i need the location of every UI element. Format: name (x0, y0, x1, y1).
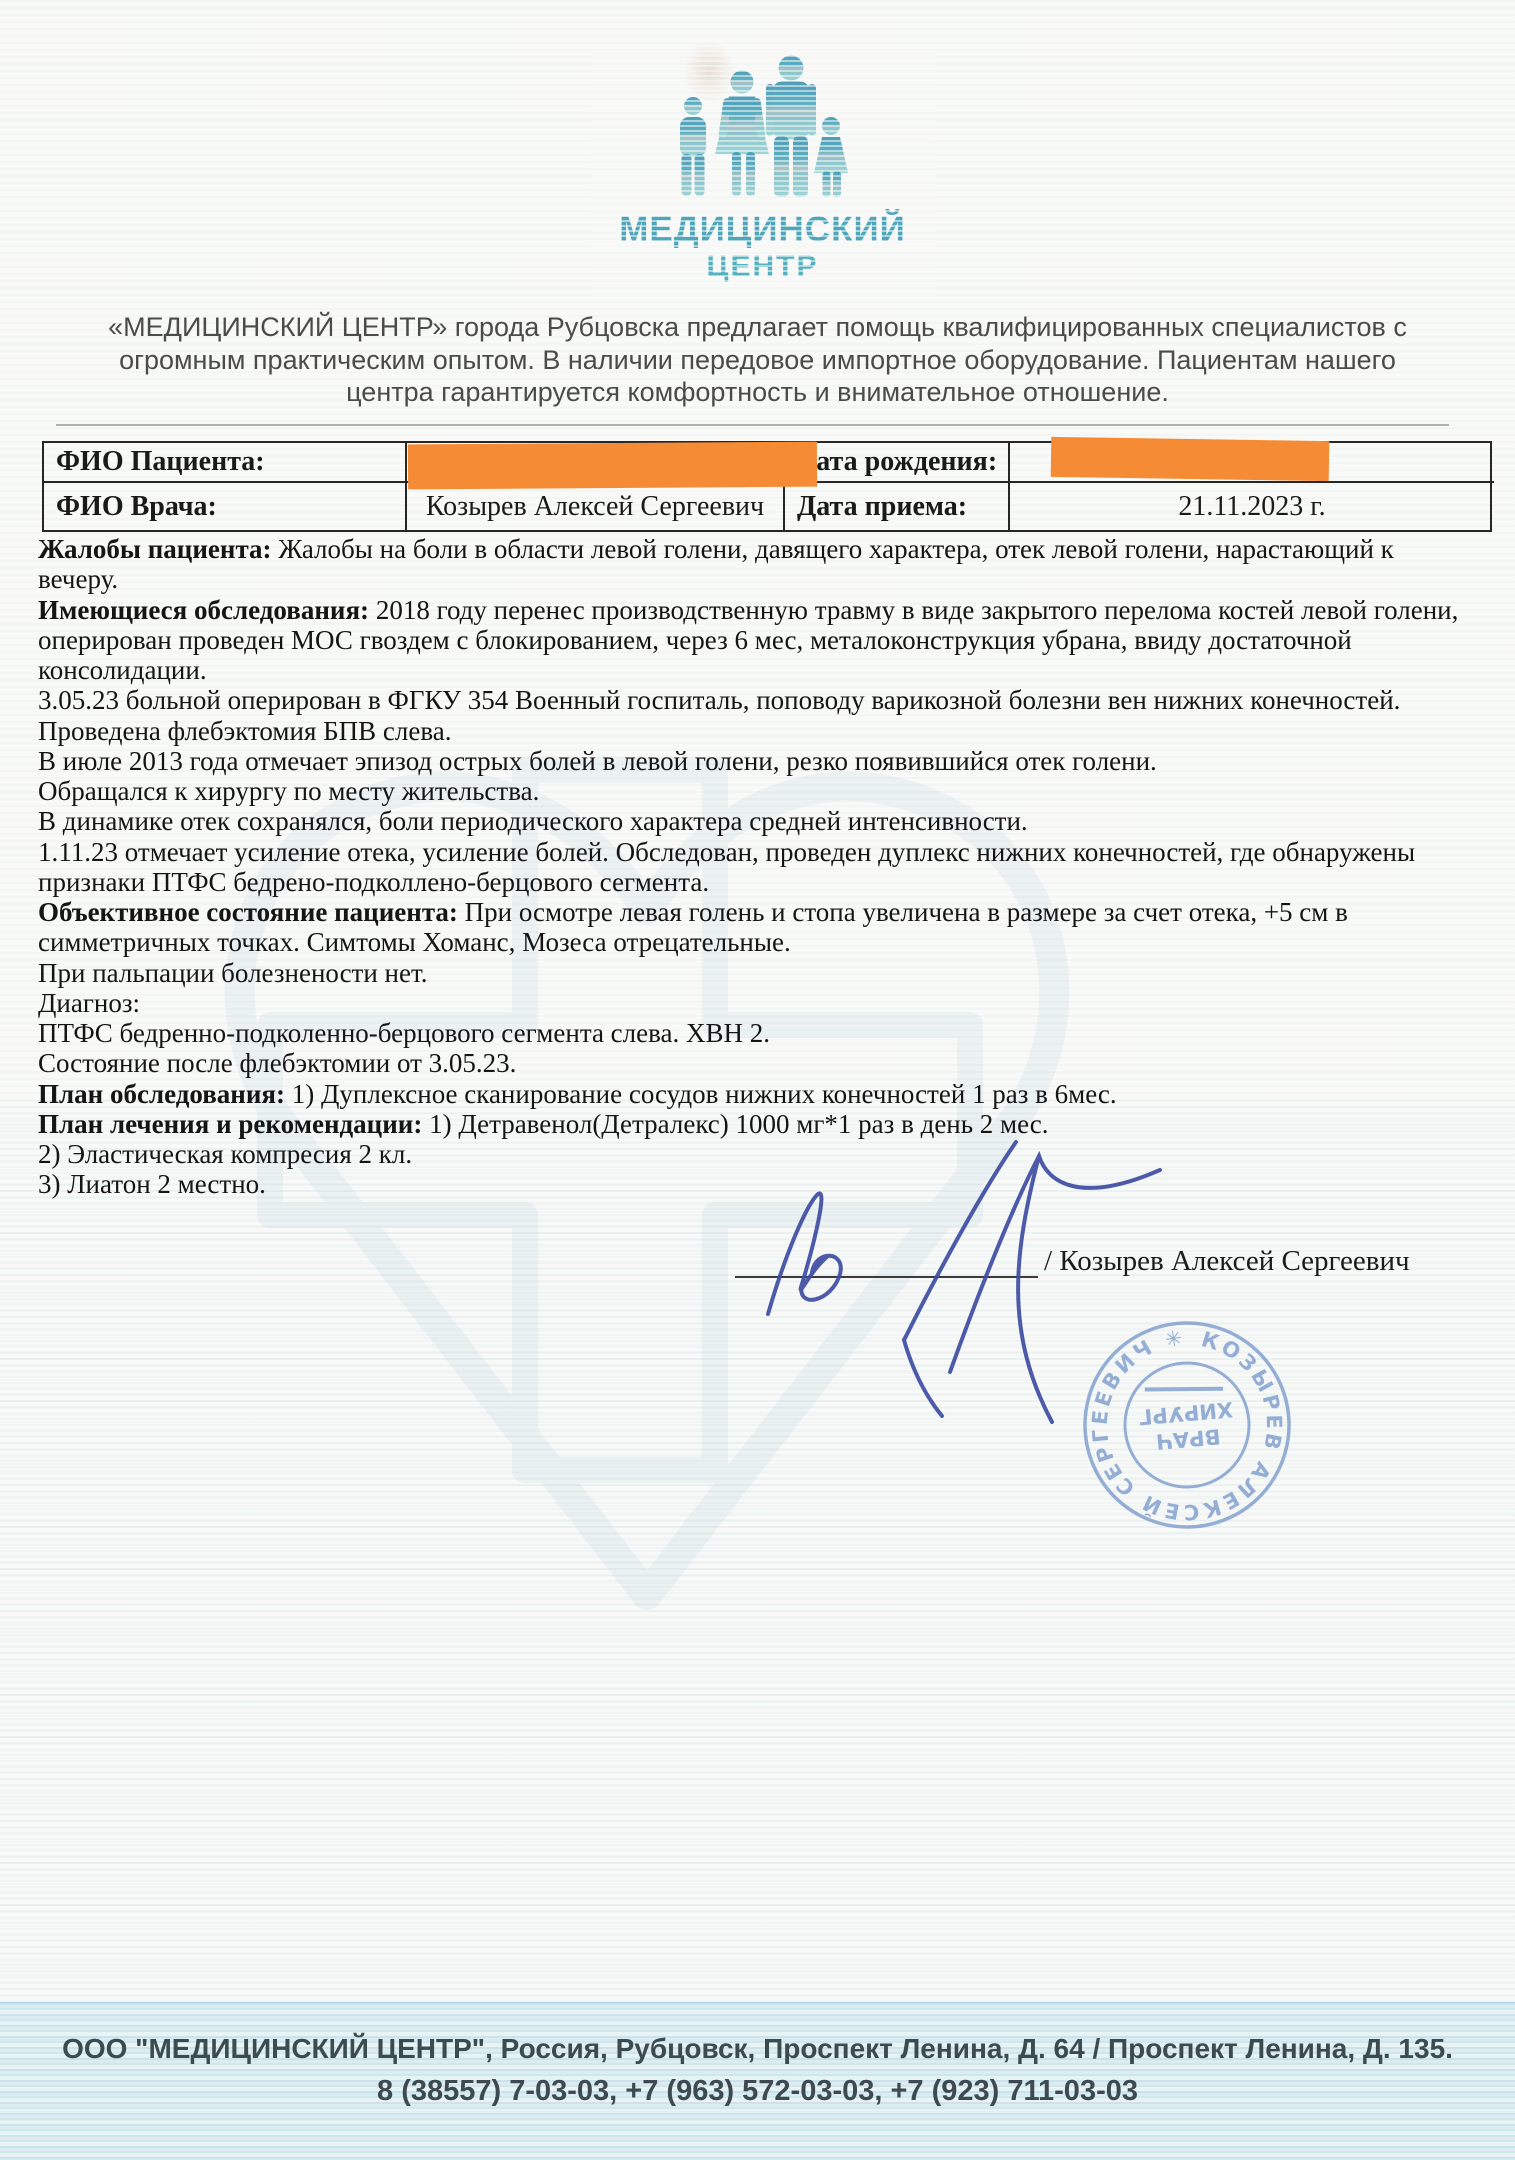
intro-line: центра гарантируется комфортность и вним… (0, 376, 1515, 409)
clinic-logo: МЕДИЦИНСКИЙ ЦЕНТР (590, 30, 935, 300)
medical-record-line: оперирован проведен МОС гвоздем с блокир… (38, 625, 1498, 655)
medical-record-line: вечеру. (38, 564, 1498, 594)
medical-record-line: Обращался к хирургу по месту жительства. (38, 776, 1498, 806)
visit-date-label: Дата приема: (785, 483, 1010, 530)
logo-text-line1: МЕДИЦИНСКИЙ (590, 210, 935, 250)
medical-record-line: При пальпации болезнености нет. (38, 958, 1498, 988)
medical-record-text: Жалобы пациента: Жалобы на боли в област… (38, 534, 1498, 1200)
birth-date-label: Дата рождения: (785, 443, 1010, 483)
footer-address: ООО "МЕДИЦИНСКИЙ ЦЕНТР", Россия, Рубцовс… (0, 2033, 1515, 2065)
visit-date-value: 21.11.2023 г. (1010, 483, 1494, 530)
medical-record-line: ПТФС бедренно-подколенно-берцового сегме… (38, 1018, 1498, 1048)
intro-line: «МЕДИЦИНСКИЙ ЦЕНТР» города Рубцовска пре… (0, 311, 1515, 344)
scanned-medical-document: МЕДИЦИНСКИЙ ЦЕНТР «МЕДИЦИНСКИЙ ЦЕНТР» го… (0, 0, 1515, 2160)
medical-record-line: Жалобы пациента: Жалобы на боли в област… (38, 534, 1498, 564)
medical-record-line: Диагноз: (38, 988, 1498, 1018)
medical-record-line: консолидации. (38, 655, 1498, 685)
medical-record-line: В июле 2013 года отмечает эпизод острых … (38, 746, 1498, 776)
medical-record-line: симметричных точках. Симтомы Хоманс, Моз… (38, 927, 1498, 957)
medical-record-line: Объективное состояние пациента: При осмо… (38, 897, 1498, 927)
family-icon (663, 42, 863, 202)
medical-record-line: Имеющиеся обследования: 2018 году перене… (38, 595, 1498, 625)
medical-record-line: 1.11.23 отмечает усиление отека, усилени… (38, 837, 1498, 867)
redaction-patient-name (408, 442, 817, 490)
footer-phones: 8 (38557) 7-03-03, +7 (963) 572-03-03, +… (0, 2075, 1515, 2108)
doctor-signature-ink (752, 1132, 1182, 1432)
patient-name-label: ФИО Пациента: (44, 443, 407, 483)
medical-record-line: План обследования: 1) Дуплексное сканиро… (38, 1079, 1498, 1109)
medical-record-line: признаки ПТФС бедрено-подколлено-берцово… (38, 867, 1498, 897)
separator-line (56, 424, 1449, 426)
clinic-intro-paragraph: «МЕДИЦИНСКИЙ ЦЕНТР» города Рубцовска пре… (0, 311, 1515, 409)
footer-band: ООО "МЕДИЦИНСКИЙ ЦЕНТР", Россия, Рубцовс… (0, 2002, 1515, 2160)
redaction-birth-date (1051, 437, 1330, 481)
medical-record-line: Состояние после флебэктомии от 3.05.23. (38, 1048, 1498, 1078)
medical-record-line: 3.05.23 больной оперирован в ФГКУ 354 Во… (38, 685, 1498, 715)
logo-text-line2: ЦЕНТР (590, 250, 935, 284)
intro-line: огромным практическим опытом. В наличии … (0, 344, 1515, 377)
medical-record-line: В динамике отек сохранялся, боли периоди… (38, 806, 1498, 836)
doctor-name-value: Козырев Алексей Сергеевич (407, 483, 785, 530)
medical-record-line: Проведена флебэктомия БПВ слева. (38, 716, 1498, 746)
doctor-name-label: ФИО Врача: (44, 483, 407, 530)
